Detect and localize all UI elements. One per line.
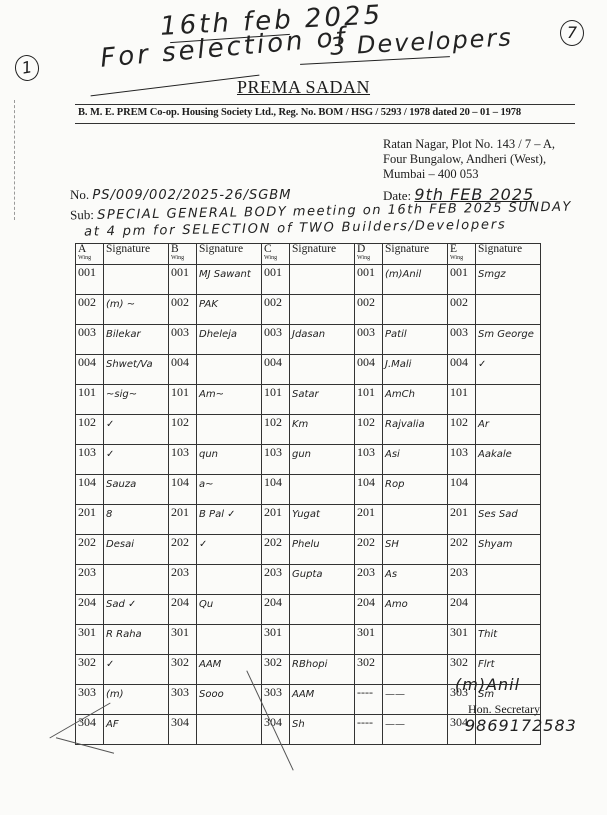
member-signature: (m) xyxy=(104,685,169,715)
member-signature: Sh xyxy=(290,715,355,745)
wing-sublabel: Wing xyxy=(78,255,101,262)
secretary-signature: (m)Anil xyxy=(455,675,520,694)
member-signature xyxy=(476,595,541,625)
wing-sublabel: Wing xyxy=(171,255,194,262)
flat-number: 304 xyxy=(262,715,290,745)
page-mark-7: 7 xyxy=(560,20,584,46)
member-signature xyxy=(197,415,262,445)
flat-number: 001 xyxy=(448,265,476,295)
member-signature: Bilekar xyxy=(104,325,169,355)
registration-line: B. M. E. PREM Co-op. Housing Society Ltd… xyxy=(78,107,521,118)
member-signature: Sm George xyxy=(476,325,541,355)
member-signature: (m)Anil xyxy=(383,265,448,295)
wing-letter: C xyxy=(264,243,272,255)
flat-number: 004 xyxy=(262,355,290,385)
flat-number: 004 xyxy=(448,355,476,385)
address-line: Mumbai – 400 053 xyxy=(383,167,555,182)
member-signature xyxy=(476,475,541,505)
flat-number: 201 xyxy=(76,505,104,535)
flat-number: 103 xyxy=(76,445,104,475)
flat-number: 004 xyxy=(76,355,104,385)
flat-number: 001 xyxy=(76,265,104,295)
flat-number: 202 xyxy=(355,535,383,565)
member-signature xyxy=(197,715,262,745)
divider xyxy=(75,123,575,124)
flat-number: 002 xyxy=(262,295,290,325)
wing-header: EWing xyxy=(448,244,476,265)
flat-number: 302 xyxy=(355,655,383,685)
flat-number: 104 xyxy=(355,475,383,505)
member-signature: a~ xyxy=(197,475,262,505)
member-signature xyxy=(290,625,355,655)
table-row: 101~sig~101Am~101Satar101AmCh101 xyxy=(76,385,541,415)
table-row: 104Sauza104a~104104Rop104 xyxy=(76,475,541,505)
member-signature xyxy=(290,595,355,625)
flat-number: 003 xyxy=(355,325,383,355)
wing-header: CWing xyxy=(262,244,290,265)
flat-number: 303 xyxy=(76,685,104,715)
flat-number: 101 xyxy=(262,385,290,415)
member-signature: R Raha xyxy=(104,625,169,655)
member-signature xyxy=(104,565,169,595)
member-signature xyxy=(290,295,355,325)
table-row: 301R Raha301301301301Thit xyxy=(76,625,541,655)
wing-letter: D xyxy=(357,243,365,255)
member-signature: (m) ~ xyxy=(104,295,169,325)
member-signature: Yugat xyxy=(290,505,355,535)
flat-number: 001 xyxy=(169,265,197,295)
member-signature: Thit xyxy=(476,625,541,655)
signature-header: Signature xyxy=(476,244,541,265)
flat-number: 201 xyxy=(355,505,383,535)
flat-number: 102 xyxy=(76,415,104,445)
flat-number: 102 xyxy=(169,415,197,445)
member-signature xyxy=(290,475,355,505)
member-signature: MJ Sawant xyxy=(197,265,262,295)
flat-number: 302 xyxy=(76,655,104,685)
flat-number: 002 xyxy=(448,295,476,325)
flat-number: 204 xyxy=(262,595,290,625)
member-signature: Jdasan xyxy=(290,325,355,355)
member-signature: J.Mali xyxy=(383,355,448,385)
member-signature: Asi xyxy=(383,445,448,475)
member-signature: Shwet/Va xyxy=(104,355,169,385)
flat-number: 101 xyxy=(76,385,104,415)
member-signature: Ses Sad xyxy=(476,505,541,535)
member-signature: Sauza xyxy=(104,475,169,505)
wing-sublabel: Wing xyxy=(264,255,287,262)
member-signature: RBhopi xyxy=(290,655,355,685)
flat-number: 003 xyxy=(169,325,197,355)
member-signature: —— xyxy=(383,715,448,745)
flat-number: 004 xyxy=(169,355,197,385)
scan-edge-mark xyxy=(14,100,15,220)
member-signature: —— xyxy=(383,685,448,715)
flat-number: 203 xyxy=(262,565,290,595)
ref-value: PS/009/002/2025-26/SGBM xyxy=(92,188,291,203)
reference-number: No. PS/009/002/2025-26/SGBM xyxy=(70,187,291,203)
flat-number: 101 xyxy=(355,385,383,415)
flat-number: 201 xyxy=(262,505,290,535)
member-signature: Sooo xyxy=(197,685,262,715)
flat-number: 103 xyxy=(448,445,476,475)
flat-number: 301 xyxy=(169,625,197,655)
member-signature: Desai xyxy=(104,535,169,565)
flat-number: 203 xyxy=(169,565,197,595)
member-signature xyxy=(104,265,169,295)
member-signature: AF xyxy=(104,715,169,745)
member-signature: Aakale xyxy=(476,445,541,475)
signature-header: Signature xyxy=(290,244,355,265)
table-row: 004Shwet/Va004004004J.Mali004✓ xyxy=(76,355,541,385)
secretary-label: Hon. Secretary xyxy=(468,702,540,717)
flat-number: 204 xyxy=(76,595,104,625)
member-signature xyxy=(476,565,541,595)
wing-letter: B xyxy=(171,243,179,255)
flat-number: 201 xyxy=(169,505,197,535)
attendance-signature-table: AWingSignatureBWingSignatureCWingSignatu… xyxy=(75,243,541,745)
table-row: 2018201B Pal ✓201Yugat201201Ses Sad xyxy=(76,505,541,535)
member-signature: Phelu xyxy=(290,535,355,565)
table-row: 003Bilekar003Dheleja003Jdasan003Patil003… xyxy=(76,325,541,355)
member-signature xyxy=(383,505,448,535)
member-signature xyxy=(383,625,448,655)
member-signature: Sad ✓ xyxy=(104,595,169,625)
member-signature: Satar xyxy=(290,385,355,415)
flat-number: 303 xyxy=(169,685,197,715)
member-signature: ✓ xyxy=(476,355,541,385)
wing-sublabel: Wing xyxy=(357,255,380,262)
member-signature: Rop xyxy=(383,475,448,505)
subject-label: Sub: xyxy=(70,207,94,222)
flat-number: 002 xyxy=(355,295,383,325)
wing-letter: E xyxy=(450,243,457,255)
wing-header: AWing xyxy=(76,244,104,265)
table-row: 203203203Gupta203As203 xyxy=(76,565,541,595)
flat-number: 301 xyxy=(355,625,383,655)
flat-number: 102 xyxy=(448,415,476,445)
member-signature: ~sig~ xyxy=(104,385,169,415)
flat-number: ---- xyxy=(355,685,383,715)
member-signature: Gupta xyxy=(290,565,355,595)
table-row: 202Desai202✓202Phelu202SH202Shyam xyxy=(76,535,541,565)
flat-number: 301 xyxy=(76,625,104,655)
flat-number: 003 xyxy=(262,325,290,355)
flat-number: 304 xyxy=(169,715,197,745)
signature-header: Signature xyxy=(383,244,448,265)
flat-number: 302 xyxy=(169,655,197,685)
flat-number: 101 xyxy=(448,385,476,415)
flat-number: 002 xyxy=(169,295,197,325)
flat-number: 204 xyxy=(169,595,197,625)
divider xyxy=(75,104,575,105)
member-signature: Shyam xyxy=(476,535,541,565)
wing-sublabel: Wing xyxy=(450,255,473,262)
table-row: 102✓102102Km102Rajvalia102Ar xyxy=(76,415,541,445)
member-signature: Ar xyxy=(476,415,541,445)
flat-number: 103 xyxy=(355,445,383,475)
ref-label: No. xyxy=(70,187,89,202)
flat-number: 102 xyxy=(262,415,290,445)
member-signature: ✓ xyxy=(104,655,169,685)
address-line: Four Bungalow, Andheri (West), xyxy=(383,152,555,167)
member-signature: Km xyxy=(290,415,355,445)
signature-header: Signature xyxy=(104,244,169,265)
flat-number: 203 xyxy=(76,565,104,595)
member-signature: SH xyxy=(383,535,448,565)
flat-number: 203 xyxy=(448,565,476,595)
flat-number: 103 xyxy=(169,445,197,475)
member-signature: 8 xyxy=(104,505,169,535)
flat-number: 301 xyxy=(262,625,290,655)
member-signature xyxy=(383,655,448,685)
flat-number: 002 xyxy=(76,295,104,325)
signature-header: Signature xyxy=(197,244,262,265)
member-signature xyxy=(197,565,262,595)
flat-number: 104 xyxy=(262,475,290,505)
flat-number: 101 xyxy=(169,385,197,415)
member-signature xyxy=(290,265,355,295)
flat-number: 003 xyxy=(76,325,104,355)
member-signature: qun xyxy=(197,445,262,475)
member-signature: ✓ xyxy=(104,415,169,445)
member-signature: B Pal ✓ xyxy=(197,505,262,535)
member-signature xyxy=(476,295,541,325)
member-signature: AmCh xyxy=(383,385,448,415)
flat-number: 103 xyxy=(262,445,290,475)
address-line: Ratan Nagar, Plot No. 143 / 7 – A, xyxy=(383,137,555,152)
member-signature: AAM xyxy=(290,685,355,715)
member-signature: Smgz xyxy=(476,265,541,295)
flat-number: 203 xyxy=(355,565,383,595)
flat-number: 202 xyxy=(448,535,476,565)
member-signature: gun xyxy=(290,445,355,475)
member-signature: PAK xyxy=(197,295,262,325)
wing-header: DWing xyxy=(355,244,383,265)
flat-number: 001 xyxy=(262,265,290,295)
flat-number: 104 xyxy=(448,475,476,505)
flat-number: 104 xyxy=(76,475,104,505)
table-row: 204Sad ✓204Qu204204Amo204 xyxy=(76,595,541,625)
flat-number: 204 xyxy=(448,595,476,625)
member-signature xyxy=(383,295,448,325)
flat-number: 003 xyxy=(448,325,476,355)
flat-number: 204 xyxy=(355,595,383,625)
flat-number: 202 xyxy=(262,535,290,565)
flat-number: 302 xyxy=(262,655,290,685)
table-row: 002(m) ~002PAK002002002 xyxy=(76,295,541,325)
flat-number: 201 xyxy=(448,505,476,535)
member-signature: Dheleja xyxy=(197,325,262,355)
flat-number: 102 xyxy=(355,415,383,445)
society-title: PREMA SADAN xyxy=(0,77,607,98)
member-signature xyxy=(290,355,355,385)
flat-number: 001 xyxy=(355,265,383,295)
flat-number: 301 xyxy=(448,625,476,655)
member-signature xyxy=(476,385,541,415)
member-signature: Qu xyxy=(197,595,262,625)
member-signature: Rajvalia xyxy=(383,415,448,445)
member-signature xyxy=(197,625,262,655)
table-row: 103✓103qun103gun103Asi103Aakale xyxy=(76,445,541,475)
member-signature: As xyxy=(383,565,448,595)
flat-number: 004 xyxy=(355,355,383,385)
flat-number: ---- xyxy=(355,715,383,745)
flat-number: 104 xyxy=(169,475,197,505)
member-signature: Amo xyxy=(383,595,448,625)
society-address: Ratan Nagar, Plot No. 143 / 7 – A, Four … xyxy=(383,137,555,182)
flat-number: 202 xyxy=(76,535,104,565)
member-signature: ✓ xyxy=(197,535,262,565)
flat-number: 202 xyxy=(169,535,197,565)
member-signature xyxy=(197,355,262,385)
wing-header: BWing xyxy=(169,244,197,265)
table-row: 001001MJ Sawant001001(m)Anil001Smgz xyxy=(76,265,541,295)
member-signature: Patil xyxy=(383,325,448,355)
member-signature: ✓ xyxy=(104,445,169,475)
secretary-phone: 9869172583 xyxy=(465,716,577,735)
table-header-row: AWingSignatureBWingSignatureCWingSignatu… xyxy=(76,244,541,265)
member-signature: Am~ xyxy=(197,385,262,415)
wing-letter: A xyxy=(78,243,86,255)
